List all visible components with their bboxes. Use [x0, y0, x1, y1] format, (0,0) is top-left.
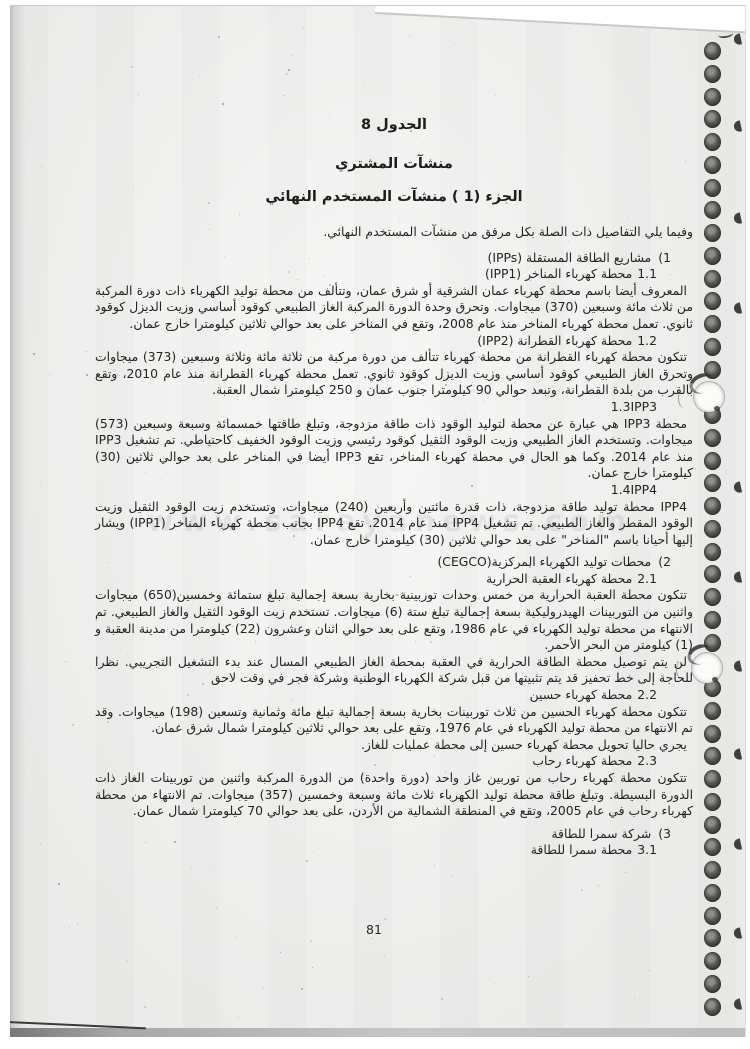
spiral-mark — [733, 212, 742, 224]
scan-speck — [452, 875, 453, 876]
subsection-title: IPP3 — [631, 399, 657, 414]
subsection-title: IPP4 — [631, 482, 657, 497]
subsection-number: 1.4 — [611, 482, 631, 497]
section-title: شركة سمرا للطاقة — [551, 826, 651, 841]
binding-hole — [704, 702, 721, 720]
table-heading: الجدول 8 — [95, 117, 693, 133]
subsection-heading: 1.2محطة كهرباء القطرانة (IPP2) — [95, 333, 657, 350]
spiral-mark — [733, 660, 742, 672]
scan-speck — [371, 938, 372, 939]
binding-hole — [704, 998, 721, 1016]
paragraph: محطة IPP3 هي عبارة عن محطة لتوليد الوقود… — [95, 416, 693, 482]
scan-speck — [630, 860, 631, 861]
binding-hole — [704, 952, 721, 970]
scan-speck — [86, 374, 88, 376]
binding-hole — [704, 292, 721, 310]
scan-speck — [235, 937, 236, 938]
binding-hole — [704, 929, 721, 947]
scan-speck — [638, 950, 639, 951]
spiral-mark — [733, 481, 742, 493]
binding-hole — [704, 565, 721, 583]
subsection-title: محطة كهرباء المناخر (IPP1) — [485, 266, 632, 281]
scan-speck — [310, 940, 312, 942]
section-heading: 2)محطات توليد الكهرباء المركزية(CEGCO) — [95, 554, 671, 571]
scan-speck — [40, 843, 41, 844]
binding-hole — [704, 838, 721, 856]
paragraph: IPP4 محطة توليد طاقة مزدوجة، ذات قدرة ما… — [95, 499, 693, 549]
section-heading: 3)شركة سمرا للطاقة — [95, 826, 671, 843]
subsection-heading: 3.1محطة سمرا للطاقة — [95, 842, 657, 859]
binding-hole — [704, 88, 721, 106]
binding-hole — [704, 907, 721, 925]
subsection-heading: 1.1محطة كهرباء المناخر (IPP1) — [95, 266, 657, 283]
section: 2)محطات توليد الكهرباء المركزية(CEGCO)2.… — [95, 554, 693, 820]
scan-speck — [216, 908, 217, 909]
section-heading: 1)مشاريع الطاقة المستقلة (IPPs) — [95, 250, 671, 267]
section: 3)شركة سمرا للطاقة3.1محطة سمرا للطاقة — [95, 826, 693, 859]
scan-speck — [441, 998, 443, 1000]
binding-hole — [704, 725, 721, 743]
subsection-heading: 2.1محطة كهرباء العقبة الحرارية — [95, 571, 657, 588]
scan-speck — [306, 860, 308, 862]
subsection-number: 2.3 — [637, 753, 657, 768]
binding-hole — [704, 588, 721, 606]
scan-speck — [625, 872, 626, 873]
spiral-mark — [733, 748, 742, 760]
scan-bottom-edge-shadow — [10, 1028, 745, 1037]
scan-speck — [54, 840, 55, 841]
binding-hole — [704, 338, 721, 356]
binding-hole — [704, 747, 721, 765]
section-title: محطات توليد الكهرباء المركزية(CEGCO) — [437, 554, 651, 569]
spiral-mark — [733, 927, 742, 939]
scan-speck — [581, 889, 583, 891]
section-number: 2) — [658, 554, 671, 569]
subsection-number: 1.1 — [637, 266, 657, 281]
scan-speck — [65, 661, 66, 662]
binding-hole — [704, 816, 721, 834]
subsection-number: 2.2 — [637, 687, 657, 702]
scan-speck — [144, 1006, 146, 1008]
paragraph: تتكون محطة كهرباء رحاب من توربين غاز واح… — [95, 770, 693, 820]
subsection-title: محطة سمرا للطاقة — [531, 842, 633, 857]
binding-hole — [704, 884, 721, 902]
subsection-title: محطة كهرباء حسين — [530, 687, 633, 702]
scan-speck — [127, 960, 128, 961]
binding-hole — [704, 42, 721, 60]
spiral-mark — [733, 302, 742, 314]
binding-hole — [704, 133, 721, 151]
scan-speck — [598, 885, 599, 886]
binding-hole — [704, 270, 721, 288]
scan-speck — [633, 981, 634, 982]
scan-speck — [258, 924, 259, 925]
binding-hole — [704, 861, 721, 879]
scan-speck — [72, 724, 74, 726]
paragraph: يجري حاليا تحويل محطة كهرباء حسين إلى مح… — [95, 737, 693, 754]
binding-hole — [704, 474, 721, 492]
punch-hole — [692, 653, 722, 683]
scan-speck — [384, 918, 386, 920]
binding-hole — [704, 770, 721, 788]
scan-speck — [77, 923, 78, 924]
spiral-mark — [733, 838, 742, 850]
scan-speck — [238, 1017, 239, 1018]
scanned-paper: www.sarayanews.com الجدول 8 منشآت المشتر… — [10, 5, 746, 1037]
binding-hole — [704, 611, 721, 629]
subsection-heading: 2.2محطة كهرباء حسين — [95, 687, 657, 704]
page-number: 81 — [344, 922, 404, 937]
scan-speck — [323, 973, 324, 974]
binding-hole — [704, 156, 721, 174]
scan-speck — [495, 983, 496, 984]
subsection-number: 2.1 — [637, 571, 657, 586]
subsection-number: 3.1 — [637, 842, 657, 857]
spiral-mark — [733, 120, 742, 132]
subsection-number: 1.3 — [611, 399, 631, 414]
paragraph: تتكون محطة كهرباء الحسين من ثلاث توربينا… — [95, 704, 693, 737]
binding-hole — [704, 520, 721, 538]
scan-speck — [58, 883, 60, 885]
subsection-title: محطة كهرباء القطرانة (IPP2) — [477, 333, 632, 348]
spiral-mark — [733, 571, 742, 583]
subsection-heading: 2.3محطة كهرباء رحاب — [95, 753, 657, 770]
scan-speck — [86, 351, 87, 352]
section-number: 3) — [658, 826, 671, 841]
scan-speck — [69, 927, 70, 928]
sections-container: 1)مشاريع الطاقة المستقلة (IPPs)1.1محطة ك… — [95, 250, 693, 859]
scan-speck — [191, 867, 192, 868]
scan-speck — [212, 864, 213, 865]
paragraph: لن يتم توصيل محطة الطاقة الحرارية في الع… — [95, 654, 693, 687]
scan-speck — [301, 988, 303, 990]
paragraph: تتكون محطة كهرباء القطرانة من محطة كهربا… — [95, 349, 693, 399]
part-heading: الجزء (1 ) منشآت المستخدم النهائي — [95, 189, 693, 205]
scan-speck — [33, 353, 35, 355]
paragraph: المعروف أيضا باسم محطة كهرباء عمان الشرق… — [95, 283, 693, 333]
scan-speck — [634, 998, 635, 999]
scan-speck — [49, 374, 50, 375]
scan-speck — [280, 952, 281, 953]
section-title: مشاريع الطاقة المستقلة (IPPs) — [488, 250, 652, 265]
binding-hole — [704, 224, 721, 242]
binding-hole — [704, 975, 721, 993]
binding-hole — [704, 247, 721, 265]
subsection-title: محطة كهرباء رحاب — [532, 753, 632, 768]
binding-hole — [704, 543, 721, 561]
spiral-mark — [733, 998, 742, 1010]
scan-speck — [434, 865, 435, 866]
subsection-number: 1.2 — [637, 333, 657, 348]
text-column: الجدول 8 منشآت المشتري الجزء (1 ) منشآت … — [95, 6, 693, 859]
document-page: www.sarayanews.com الجدول 8 منشآت المشتر… — [0, 0, 750, 1049]
intro-text: وفيما يلي التفاصيل ذات الصلة بكل مرفق من… — [95, 224, 693, 241]
scan-left-edge-shadow — [10, 6, 26, 1037]
scan-speck — [384, 955, 385, 956]
binding-hole — [704, 315, 721, 333]
scan-speck — [263, 987, 264, 988]
section: 1)مشاريع الطاقة المستقلة (IPPs)1.1محطة ك… — [95, 250, 693, 549]
subsection-title: محطة كهرباء العقبة الحرارية — [486, 571, 632, 586]
binding-hole — [704, 452, 721, 470]
binding-hole — [704, 179, 721, 197]
scan-speck — [649, 970, 650, 971]
section-number: 1) — [658, 250, 671, 265]
scan-speck — [528, 976, 529, 977]
binding-hole — [704, 793, 721, 811]
scan-speck — [40, 482, 41, 483]
paragraph: تتكون محطة العقبة الحرارية من خمس وحدات … — [95, 587, 693, 653]
subsection-heading: 1.3IPP3 — [95, 399, 657, 416]
scan-speck — [41, 166, 42, 167]
subsection-heading: 1.4IPP4 — [95, 482, 657, 499]
binding-hole — [704, 110, 721, 128]
spiral-mark — [733, 33, 742, 45]
punch-hole — [694, 382, 724, 412]
scan-speck — [312, 967, 313, 968]
binding-hole — [704, 201, 721, 219]
binding-hole — [704, 429, 721, 447]
facilities-heading: منشآت المشتري — [95, 156, 693, 172]
binding-hole — [704, 65, 721, 83]
binding-hole — [704, 497, 721, 515]
